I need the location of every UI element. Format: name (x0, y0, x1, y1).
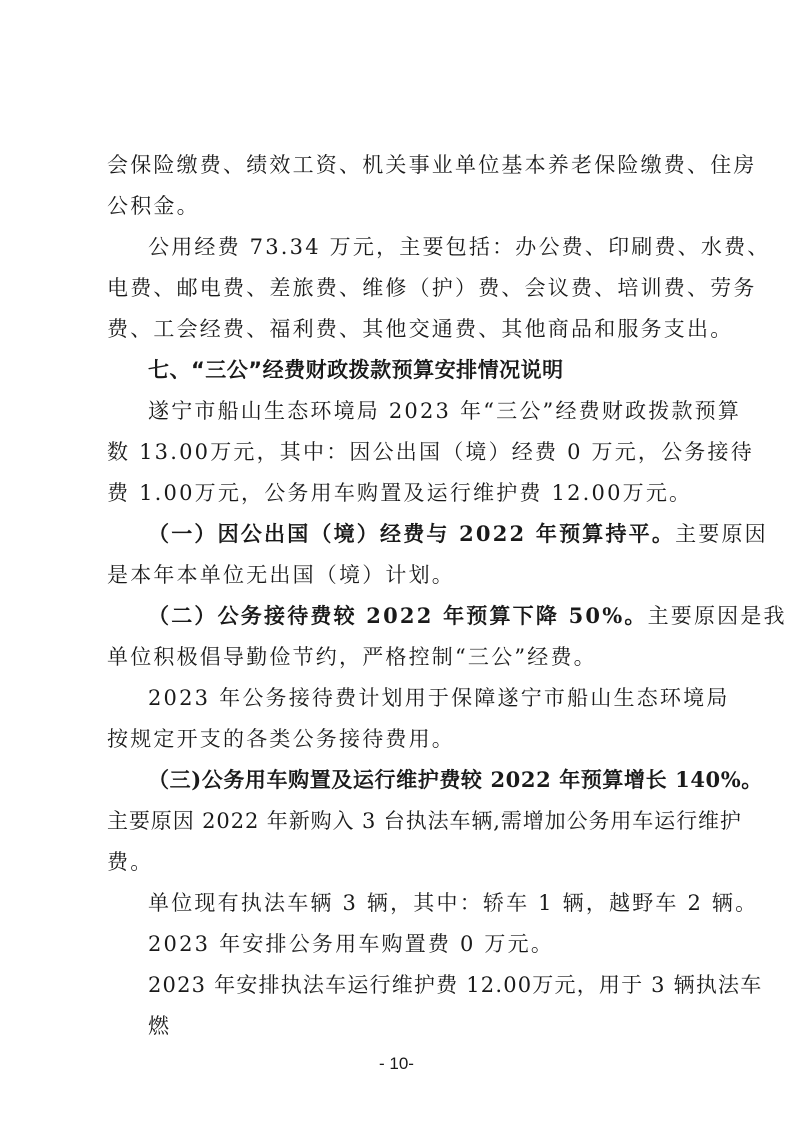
body-text-line: 费、工会经费、福利费、其他交通费、其他商品和服务支出。 (107, 317, 733, 341)
body-text-line: 2023 年安排公务用车购置费 0 万元。 (148, 932, 554, 956)
body-text-line: 数 13.00万元，其中：因公出国（境）经费 0 万元，公务接待 (107, 440, 754, 464)
body-text: 主要原因是我 (648, 604, 787, 628)
body-text-line: （二）公务接待费较 2022 年预算下降 50%。主要原因是我 (148, 604, 787, 628)
body-text-line: 公积金。 (107, 194, 200, 218)
subsection-heading: （三)公务用车购置及运行维护费较 2022 年预算增长 140%。 (148, 768, 763, 792)
body-text-line: 燃 (148, 1014, 171, 1038)
body-text-line: 按规定开支的各类公务接待费用。 (107, 727, 455, 751)
document-page: 会保险缴费、绩效工资、机关事业单位基本养老保险缴费、住房 公积金。 公用经费 7… (0, 0, 793, 1122)
body-text-line: 遂宁市船山生态环境局 2023 年“三公”经费财政拨款预算 (148, 399, 741, 423)
body-text-line: 主要原因 2022 年新购入 3 台执法车辆,需增加公务用车运行维护 (107, 809, 742, 833)
body-text-line: 单位积极倡导勤俭节约，严格控制“三公”经费。 (107, 645, 597, 669)
body-text-line: 电费、邮电费、差旅费、维修（护）费、会议费、培训费、劳务 (107, 276, 757, 300)
subsection-heading: （二）公务接待费较 2022 年预算下降 50%。 (148, 603, 648, 628)
body-text-line: 单位现有执法车辆 3 辆，其中：轿车 1 辆，越野车 2 辆。 (148, 891, 758, 915)
body-text: 主要原因 (675, 522, 768, 546)
page-number: - 10- (0, 1054, 793, 1074)
body-text-line: 2023 年公务接待费计划用于保障遂宁市船山生态环境局 (148, 686, 730, 710)
body-text-line: 2023 年安排执法车运行维护费 12.00万元，用于 3 辆执法车 (148, 973, 762, 997)
subsection-heading: （一）因公出国（境）经费与 2022 年预算持平。 (148, 521, 675, 546)
body-text-line: 公用经费 73.34 万元，主要包括：办公费、印刷费、水费、 (148, 235, 770, 259)
section-heading: 七、“三公”经费财政拨款预算安排情况说明 (148, 358, 564, 382)
body-text-line: 是本年本单位无出国（境）计划。 (107, 563, 455, 587)
body-text-line: 会保险缴费、绩效工资、机关事业单位基本养老保险缴费、住房 (107, 153, 757, 177)
body-text-line: （一）因公出国（境）经费与 2022 年预算持平。主要原因 (148, 522, 768, 546)
body-text-line: 费。 (107, 850, 153, 874)
body-text-line: 费 1.00万元，公务用车购置及运行维护费 12.00万元。 (107, 481, 692, 505)
